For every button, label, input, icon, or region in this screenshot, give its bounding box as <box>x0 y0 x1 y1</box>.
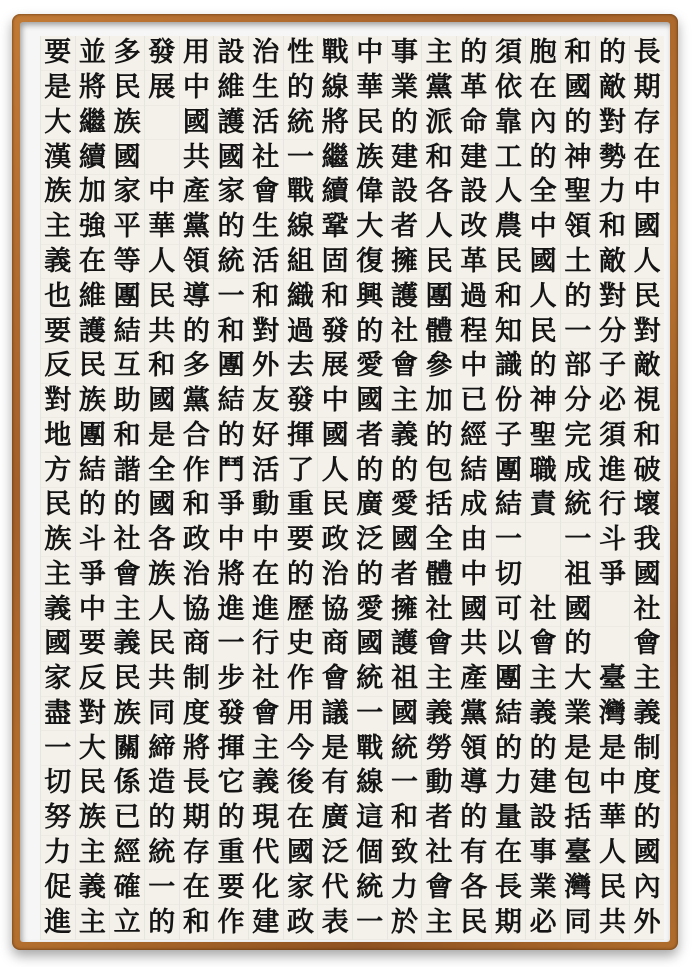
calligraphy-character: 政 <box>284 905 318 940</box>
calligraphy-character: 的 <box>492 731 526 766</box>
calligraphy-character: 導 <box>180 279 214 314</box>
calligraphy-character: 戰 <box>318 36 352 71</box>
calligraphy-character: 家 <box>41 662 75 697</box>
calligraphy-character: 動 <box>422 766 456 801</box>
calligraphy-character: 政 <box>318 523 352 558</box>
calligraphy-character: 敵 <box>630 349 664 384</box>
calligraphy-character: 國 <box>561 592 595 627</box>
calligraphy-character: 去 <box>284 349 318 384</box>
calligraphy-character: 友 <box>249 384 283 419</box>
text-column: 長期存在中國人民對敵視和破壞我國社會主義制度的國內外 <box>629 36 664 940</box>
calligraphy-character: 領 <box>561 210 595 245</box>
calligraphy-character: 鬥 <box>214 453 248 488</box>
calligraphy-character: 揮 <box>214 731 248 766</box>
calligraphy-character: 派 <box>422 106 456 141</box>
calligraphy-character: 改 <box>457 210 491 245</box>
calligraphy-character: 長 <box>180 766 214 801</box>
calligraphy-character: 共 <box>145 314 179 349</box>
calligraphy-character: 戰 <box>284 175 318 210</box>
calligraphy-character: 中 <box>630 175 664 210</box>
calligraphy-character: 多 <box>110 36 144 71</box>
calligraphy-character: 設 <box>388 175 422 210</box>
calligraphy-character: 對 <box>596 106 630 141</box>
calligraphy-character: 國 <box>41 627 75 662</box>
calligraphy-character: 聖 <box>526 418 560 453</box>
calligraphy-character: 國 <box>388 697 422 732</box>
calligraphy-character: 民 <box>526 314 560 349</box>
calligraphy-character: 要 <box>41 36 75 71</box>
calligraphy-character: 我 <box>630 523 664 558</box>
calligraphy-character: 活 <box>249 245 283 280</box>
calligraphy-character: 的 <box>526 731 560 766</box>
calligraphy-character: 將 <box>214 557 248 592</box>
calligraphy-character: 的 <box>76 488 110 523</box>
calligraphy-character: 職 <box>526 453 560 488</box>
calligraphy-character: 由 <box>457 523 491 558</box>
calligraphy-character: 期 <box>630 71 664 106</box>
calligraphy-character: 史 <box>284 627 318 662</box>
calligraphy-character: 護 <box>388 279 422 314</box>
calligraphy-character <box>526 557 560 592</box>
calligraphy-character: 會 <box>318 662 352 697</box>
calligraphy-character: 在 <box>526 71 560 106</box>
calligraphy-character: 中 <box>457 349 491 384</box>
calligraphy-character: 組 <box>284 245 318 280</box>
calligraphy-character: 造 <box>145 766 179 801</box>
calligraphy-character: 民 <box>353 106 387 141</box>
calligraphy-character: 愛 <box>388 488 422 523</box>
calligraphy-character: 方 <box>41 453 75 488</box>
calligraphy-character: 會 <box>422 627 456 662</box>
calligraphy-character: 制 <box>180 662 214 697</box>
calligraphy-character: 加 <box>422 384 456 419</box>
calligraphy-character: 的 <box>180 314 214 349</box>
calligraphy-character: 也 <box>41 279 75 314</box>
calligraphy-character: 協 <box>318 592 352 627</box>
text-column: 胞在內的全中國人民的神聖職責社會主義的建設事業必 <box>525 36 560 940</box>
calligraphy-character: 祖 <box>388 662 422 697</box>
calligraphy-character: 結 <box>214 384 248 419</box>
calligraphy-character: 護 <box>214 106 248 141</box>
calligraphy-character: 展 <box>145 71 179 106</box>
calligraphy-character: 義 <box>630 697 664 732</box>
calligraphy-character: 農 <box>492 210 526 245</box>
calligraphy-character: 主 <box>41 557 75 592</box>
calligraphy-character: 的 <box>214 210 248 245</box>
calligraphy-character: 今 <box>284 731 318 766</box>
calligraphy-character: 一 <box>492 523 526 558</box>
calligraphy-character: 要 <box>76 627 110 662</box>
calligraphy-character: 社 <box>388 314 422 349</box>
calligraphy-character: 過 <box>457 279 491 314</box>
calligraphy-character: 民 <box>145 627 179 662</box>
calligraphy-character: 在 <box>492 836 526 871</box>
calligraphy-character: 識 <box>492 349 526 384</box>
calligraphy-character: 份 <box>492 384 526 419</box>
calligraphy-character: 社 <box>422 836 456 871</box>
calligraphy-character: 興 <box>353 279 387 314</box>
calligraphy-character: 主 <box>388 384 422 419</box>
calligraphy-character: 在 <box>630 140 664 175</box>
calligraphy-character: 結 <box>110 314 144 349</box>
calligraphy-character: 用 <box>180 36 214 71</box>
calligraphy-character: 子 <box>596 349 630 384</box>
calligraphy-character: 合 <box>180 418 214 453</box>
calligraphy-character: 活 <box>249 453 283 488</box>
calligraphy-character: 有 <box>457 836 491 871</box>
calligraphy-character: 活 <box>249 106 283 141</box>
calligraphy-character: 業 <box>561 697 595 732</box>
calligraphy-character: 維 <box>214 71 248 106</box>
calligraphy-character: 中 <box>76 592 110 627</box>
calligraphy-character: 設 <box>214 36 248 71</box>
calligraphy-character: 度 <box>630 766 664 801</box>
calligraphy-character: 包 <box>422 453 456 488</box>
calligraphy-character: 重 <box>214 836 248 871</box>
calligraphy-character: 力 <box>388 870 422 905</box>
text-column: 多民族國家平等團結互助和諧的社會主義民族關係已經確立 <box>109 36 144 940</box>
calligraphy-character: 建 <box>526 766 560 801</box>
calligraphy-character: 統 <box>561 488 595 523</box>
calligraphy-character: 勢 <box>596 140 630 175</box>
calligraphy-character: 義 <box>41 245 75 280</box>
calligraphy-character: 神 <box>561 140 595 175</box>
calligraphy-character: 大 <box>41 106 75 141</box>
calligraphy-character: 主 <box>76 836 110 871</box>
calligraphy-character: 切 <box>41 766 75 801</box>
calligraphy-character: 表 <box>318 905 352 940</box>
calligraphy-character: 對 <box>76 697 110 732</box>
calligraphy-character: 中 <box>457 557 491 592</box>
calligraphy-character: 進 <box>249 592 283 627</box>
calligraphy-character: 會 <box>110 557 144 592</box>
calligraphy-character: 族 <box>76 801 110 836</box>
calligraphy-character: 國 <box>353 384 387 419</box>
calligraphy-character: 主 <box>249 731 283 766</box>
calligraphy-character: 人 <box>630 245 664 280</box>
calligraphy-character: 維 <box>76 279 110 314</box>
calligraphy-character: 係 <box>110 766 144 801</box>
calligraphy-character: 視 <box>630 384 664 419</box>
calligraphy-character: 國 <box>145 384 179 419</box>
calligraphy-character: 主 <box>422 36 456 71</box>
calligraphy-character: 族 <box>145 557 179 592</box>
calligraphy-character: 生 <box>249 210 283 245</box>
calligraphy-character: 的 <box>561 279 595 314</box>
calligraphy-character: 國 <box>561 71 595 106</box>
calligraphy-character: 責 <box>526 488 560 523</box>
calligraphy-character: 括 <box>422 488 456 523</box>
mat-board: 長期存在中國人民對敵視和破壞我國社會主義制度的國內外 的敵對勢力和敵對分子必須進… <box>20 22 670 942</box>
calligraphy-character: 制 <box>630 731 664 766</box>
calligraphy-character: 革 <box>457 71 491 106</box>
calligraphy-character: 參 <box>422 349 456 384</box>
calligraphy-character: 胞 <box>526 36 560 71</box>
calligraphy-character: 祖 <box>561 557 595 592</box>
calligraphy-character: 的 <box>284 71 318 106</box>
calligraphy-character: 擁 <box>388 245 422 280</box>
calligraphy-character: 和 <box>318 279 352 314</box>
calligraphy-character: 關 <box>110 731 144 766</box>
calligraphy-character: 會 <box>388 349 422 384</box>
calligraphy-character: 國 <box>457 592 491 627</box>
calligraphy-character: 等 <box>110 245 144 280</box>
calligraphy-character: 和 <box>422 140 456 175</box>
calligraphy-character: 和 <box>180 488 214 523</box>
calligraphy-character <box>145 140 179 175</box>
calligraphy-character: 完 <box>561 418 595 453</box>
calligraphy-character: 發 <box>318 314 352 349</box>
calligraphy-character: 在 <box>180 870 214 905</box>
calligraphy-character: 主 <box>110 592 144 627</box>
calligraphy-character: 會 <box>249 697 283 732</box>
text-column: 的革命建設改革過程中已經結成由中國共產黨領導的有各民 <box>456 36 491 940</box>
calligraphy-character: 統 <box>353 662 387 697</box>
calligraphy-character: 有 <box>318 766 352 801</box>
calligraphy-character <box>145 106 179 141</box>
calligraphy-character: 繼 <box>318 140 352 175</box>
calligraphy-character: 一 <box>41 731 75 766</box>
calligraphy-character: 中 <box>180 71 214 106</box>
calligraphy-character: 力 <box>492 766 526 801</box>
calligraphy-character: 努 <box>41 801 75 836</box>
calligraphy-character: 社 <box>422 592 456 627</box>
calligraphy-character: 偉 <box>353 175 387 210</box>
calligraphy-character: 主 <box>422 662 456 697</box>
calligraphy-character: 將 <box>180 731 214 766</box>
calligraphy-character: 統 <box>284 106 318 141</box>
calligraphy-character: 鞏 <box>318 210 352 245</box>
calligraphy-character: 線 <box>353 766 387 801</box>
calligraphy-character: 的 <box>145 801 179 836</box>
calligraphy-character: 要 <box>284 523 318 558</box>
calligraphy-character: 致 <box>388 836 422 871</box>
calligraphy-character: 社 <box>630 592 664 627</box>
calligraphy-character: 社 <box>526 592 560 627</box>
calligraphy-character: 立 <box>110 905 144 940</box>
calligraphy-character: 土 <box>561 245 595 280</box>
calligraphy-character: 社 <box>249 140 283 175</box>
calligraphy-character: 力 <box>41 836 75 871</box>
calligraphy-character: 和 <box>492 279 526 314</box>
calligraphy-character: 主 <box>41 210 75 245</box>
calligraphy-character: 的 <box>284 557 318 592</box>
calligraphy-character: 業 <box>526 870 560 905</box>
calligraphy-character: 廣 <box>353 488 387 523</box>
calligraphy-character: 的 <box>526 349 560 384</box>
text-column: 事業的建設者擁護社會主義的愛國者擁護祖國統一和致力於 <box>387 36 422 940</box>
calligraphy-character: 漢 <box>41 140 75 175</box>
calligraphy-character: 它 <box>214 766 248 801</box>
calligraphy-character: 中 <box>249 523 283 558</box>
calligraphy-character: 一 <box>561 314 595 349</box>
calligraphy-character: 的 <box>353 557 387 592</box>
calligraphy-character: 並 <box>76 36 110 71</box>
calligraphy-character: 民 <box>76 349 110 384</box>
calligraphy-character: 代 <box>249 836 283 871</box>
calligraphy-character: 用 <box>284 697 318 732</box>
text-column: 治生活社會生活和對外友好活動中在進行社會主義現代化建 <box>248 36 283 940</box>
calligraphy-character: 和 <box>214 314 248 349</box>
calligraphy-character: 人 <box>422 210 456 245</box>
calligraphy-character: 中 <box>596 766 630 801</box>
calligraphy-character: 續 <box>76 140 110 175</box>
calligraphy-character: 族 <box>110 697 144 732</box>
calligraphy-character: 各 <box>145 523 179 558</box>
calligraphy-character: 敵 <box>596 245 630 280</box>
calligraphy-character: 家 <box>284 870 318 905</box>
calligraphy-character: 和 <box>596 210 630 245</box>
calligraphy-character: 在 <box>249 557 283 592</box>
calligraphy-character: 結 <box>492 697 526 732</box>
calligraphy-character: 的 <box>457 36 491 71</box>
calligraphy-character: 須 <box>492 36 526 71</box>
calligraphy-character: 是 <box>145 418 179 453</box>
calligraphy-character: 的 <box>630 801 664 836</box>
calligraphy-character: 內 <box>630 870 664 905</box>
calligraphy-character: 國 <box>180 106 214 141</box>
calligraphy-character: 對 <box>249 314 283 349</box>
calligraphy-character: 作 <box>214 905 248 940</box>
calligraphy-character: 族 <box>110 106 144 141</box>
calligraphy-character: 民 <box>596 870 630 905</box>
calligraphy-character: 互 <box>110 349 144 384</box>
calligraphy-character: 是 <box>318 731 352 766</box>
calligraphy-character: 黨 <box>422 71 456 106</box>
calligraphy-character: 國 <box>630 836 664 871</box>
calligraphy-character: 一 <box>353 697 387 732</box>
calligraphy-character: 長 <box>492 870 526 905</box>
calligraphy-character: 全 <box>526 175 560 210</box>
calligraphy-character: 已 <box>110 801 144 836</box>
calligraphy-character: 設 <box>526 801 560 836</box>
calligraphy-character: 的 <box>145 905 179 940</box>
calligraphy-character: 破 <box>630 453 664 488</box>
calligraphy-character: 國 <box>388 523 422 558</box>
calligraphy-character: 義 <box>41 592 75 627</box>
calligraphy-character: 義 <box>76 870 110 905</box>
calligraphy-character: 協 <box>180 592 214 627</box>
calligraphy-character: 家 <box>110 175 144 210</box>
calligraphy-character: 的 <box>214 801 248 836</box>
calligraphy-character: 行 <box>249 627 283 662</box>
calligraphy-character: 和 <box>249 279 283 314</box>
calligraphy-character: 大 <box>561 662 595 697</box>
calligraphy-character: 包 <box>561 766 595 801</box>
calligraphy-character: 對 <box>630 314 664 349</box>
calligraphy-character: 主 <box>630 662 664 697</box>
calligraphy-character: 政 <box>180 523 214 558</box>
wooden-frame: 長期存在中國人民對敵視和破壞我國社會主義制度的國內外 的敵對勢力和敵對分子必須進… <box>12 14 678 950</box>
calligraphy-character: 各 <box>422 175 456 210</box>
calligraphy-character: 要 <box>41 314 75 349</box>
calligraphy-character: 的 <box>561 627 595 662</box>
calligraphy-character: 強 <box>76 210 110 245</box>
calligraphy-character: 的 <box>353 314 387 349</box>
calligraphy-character: 結 <box>76 453 110 488</box>
calligraphy-character: 斗 <box>596 523 630 558</box>
calligraphy-character: 體 <box>422 314 456 349</box>
calligraphy-character: 和 <box>180 905 214 940</box>
calligraphy-character: 民 <box>630 279 664 314</box>
calligraphy-character: 臺 <box>561 836 595 871</box>
calligraphy-character: 線 <box>318 71 352 106</box>
calligraphy-character: 助 <box>110 384 144 419</box>
calligraphy-character: 的 <box>388 453 422 488</box>
text-column: 和國的神聖領土的一部分完成統一祖國的大業是包括臺灣同 <box>560 36 595 940</box>
calligraphy-character: 戰 <box>353 731 387 766</box>
calligraphy-character: 黨 <box>180 384 214 419</box>
calligraphy-character: 命 <box>457 106 491 141</box>
calligraphy-character: 產 <box>457 662 491 697</box>
text-column: 要是大漢族主義也要反對地方民族主義國家盡一切努力促進 <box>40 36 75 940</box>
calligraphy-character: 主 <box>76 905 110 940</box>
calligraphy-character: 族 <box>41 523 75 558</box>
calligraphy-character: 華 <box>596 801 630 836</box>
calligraphy-character: 大 <box>76 731 110 766</box>
calligraphy-character: 灣 <box>561 870 595 905</box>
calligraphy-character: 同 <box>561 905 595 940</box>
calligraphy-character: 一 <box>284 140 318 175</box>
calligraphy-character: 將 <box>318 106 352 141</box>
calligraphy-character: 一 <box>214 279 248 314</box>
calligraphy-character: 會 <box>526 627 560 662</box>
calligraphy-character: 分 <box>596 314 630 349</box>
calligraphy-character: 團 <box>422 279 456 314</box>
calligraphy-character: 締 <box>145 731 179 766</box>
calligraphy-character: 護 <box>76 314 110 349</box>
calligraphy-character: 量 <box>492 801 526 836</box>
calligraphy-character: 部 <box>561 349 595 384</box>
calligraphy-character: 一 <box>214 627 248 662</box>
calligraphy-character: 勞 <box>422 731 456 766</box>
calligraphy-character: 反 <box>76 662 110 697</box>
calligraphy-character: 須 <box>596 418 630 453</box>
calligraphy-character: 共 <box>180 140 214 175</box>
calligraphy-character: 民 <box>145 279 179 314</box>
calligraphy-character: 步 <box>214 662 248 697</box>
text-column: 主黨派和各人民團體參加的包括全體社會主義勞動者社會主 <box>421 36 456 940</box>
calligraphy-character: 切 <box>492 557 526 592</box>
calligraphy-character: 一 <box>353 905 387 940</box>
calligraphy-character: 共 <box>596 905 630 940</box>
calligraphy-character: 義 <box>526 697 560 732</box>
calligraphy-character: 重 <box>284 488 318 523</box>
calligraphy-character: 期 <box>180 801 214 836</box>
calligraphy-character: 民 <box>492 245 526 280</box>
calligraphy-character: 已 <box>457 384 491 419</box>
calligraphy-character: 於 <box>388 905 422 940</box>
calligraphy-character: 壞 <box>630 488 664 523</box>
calligraphy-character: 結 <box>457 453 491 488</box>
calligraphy-character: 者 <box>353 418 387 453</box>
calligraphy-character: 爭 <box>214 488 248 523</box>
calligraphy-character: 廣 <box>318 801 352 836</box>
calligraphy-character: 泛 <box>318 836 352 871</box>
text-column: 戰線將繼續鞏固和發展中國人民政治協商會議是有廣泛代表 <box>317 36 352 940</box>
calligraphy-character: 義 <box>110 627 144 662</box>
calligraphy-character: 黨 <box>457 697 491 732</box>
calligraphy-character: 會 <box>630 627 664 662</box>
calligraphy-character: 領 <box>180 245 214 280</box>
calligraphy-character: 要 <box>214 870 248 905</box>
calligraphy-character: 復 <box>353 245 387 280</box>
calligraphy-character: 的 <box>526 140 560 175</box>
calligraphy-character: 民 <box>457 905 491 940</box>
calligraphy-character: 主 <box>526 662 560 697</box>
calligraphy-character: 統 <box>388 731 422 766</box>
calligraphy-character: 行 <box>596 488 630 523</box>
